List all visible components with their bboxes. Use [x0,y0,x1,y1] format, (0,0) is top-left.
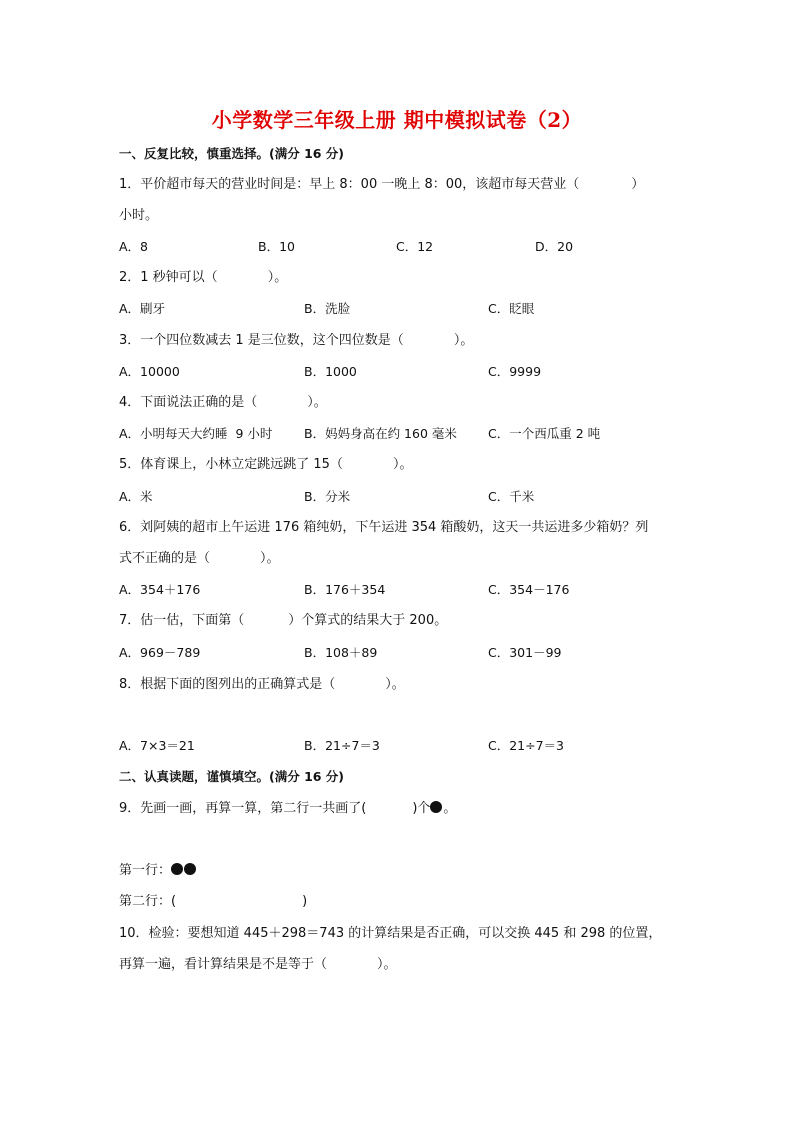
q1-option-c[interactable]: C．12 [396,238,433,256]
question-text: ）。 [385,677,405,692]
exam-page: 小学数学三年级上册 期中模拟试卷（2） 一、反复比较，慎重选择。(满分 16 分… [0,0,794,1123]
question-text: 5．体育课上，小林立定跳远跳了 15（ [119,457,343,472]
question-4: 4．下面说法正确的是（）。 [119,394,327,412]
question-text: 7．估一估，下面第（ [119,613,244,628]
q5-option-a[interactable]: A．米 [119,488,153,506]
row-label: 第一行： [119,863,171,878]
question-9: 9．先画一画，再算一算，第二行一共画了()个。 [119,800,456,818]
q6-option-b[interactable]: B．176＋354 [304,581,385,599]
question-6-cont: 式不正确的是（）。 [119,550,280,568]
q7-option-a[interactable]: A．969－789 [119,644,200,662]
q1-option-d[interactable]: D．20 [535,238,573,256]
q9-row-1: 第一行： [119,862,197,880]
question-5: 5．体育课上，小林立定跳远跳了 15（）。 [119,456,412,474]
question-text: 3．一个四位数减去 1 是三位数，这个四位数是（ [119,333,404,348]
question-text: ）。 [268,270,288,285]
q1-option-a[interactable]: A．8 [119,238,148,256]
question-7: 7．估一估，下面第（）个算式的结果大于 200。 [119,612,447,630]
q5-option-b[interactable]: B．分米 [304,488,350,506]
question-text: ）。 [307,395,327,410]
q8-option-c[interactable]: C．21÷7＝3 [488,737,564,755]
q1-option-b[interactable]: B．10 [258,238,295,256]
question-1: 1．平价超市每天的营业时间是：早上 8：00 一晚上 8：00，该超市每天营业（… [119,176,644,194]
question-text: 8．根据下面的图列出的正确算式是（ [119,677,335,692]
q8-option-b[interactable]: B．21÷7＝3 [304,737,380,755]
question-3: 3．一个四位数减去 1 是三位数，这个四位数是（）。 [119,332,473,350]
q2-option-a[interactable]: A．刷牙 [119,300,165,318]
question-text: ）。 [393,457,413,472]
question-text: 再算一遍，看计算结果是不是等于（ [119,957,327,972]
q5-option-c[interactable]: C．千米 [488,488,534,506]
row-label: 第二行：( [119,894,176,909]
question-text: 9．先画一画，再算一算，第二行一共画了( [119,801,366,816]
q4-option-a[interactable]: A．小明每天大约睡 9 小时 [119,425,272,443]
question-6: 6．刘阿姨的超市上午运进 176 箱纯奶，下午运进 354 箱酸奶，这天一共运进… [119,519,648,537]
question-text: 2．1 秒钟可以（ [119,270,218,285]
filled-circle-icon [184,863,196,875]
q3-option-a[interactable]: A．10000 [119,363,180,381]
q8-option-a[interactable]: A．7×3＝21 [119,737,195,755]
q2-option-b[interactable]: B．洗脸 [304,300,350,318]
question-text: ）。 [454,333,474,348]
filled-circle-icon [430,801,442,813]
question-2: 2．1 秒钟可以（）。 [119,269,287,287]
q3-option-c[interactable]: C．9999 [488,363,541,381]
section-heading-1: 一、反复比较，慎重选择。(满分 16 分) [119,145,344,163]
question-text: ）。 [260,551,280,566]
question-text: 4．下面说法正确的是（ [119,395,257,410]
question-text: 1．平价超市每天的营业时间是：早上 8：00 一晚上 8：00，该超市每天营业（ [119,177,579,192]
q6-option-a[interactable]: A．354＋176 [119,581,200,599]
question-text: 。 [443,801,456,816]
question-text: )个 [412,801,430,816]
q4-option-c[interactable]: C．一个西瓜重 2 吨 [488,425,600,443]
question-text: 式不正确的是（ [119,551,210,566]
question-10: 10．检验：要想知道 445＋298＝743 的计算结果是否正确，可以交换 44… [119,925,661,943]
question-text: ）。 [377,957,397,972]
question-1-cont: 小时。 [119,207,158,225]
filled-circle-icon [171,863,183,875]
page-title: 小学数学三年级上册 期中模拟试卷（2） [0,104,794,133]
question-8: 8．根据下面的图列出的正确算式是（）。 [119,676,405,694]
q9-row-2: 第二行：() [119,893,307,911]
q7-option-b[interactable]: B．108＋89 [304,644,377,662]
question-10-cont: 再算一遍，看计算结果是不是等于（）。 [119,956,397,974]
section-heading-2: 二、认真读题，谨慎填空。(满分 16 分) [119,768,344,786]
q6-option-c[interactable]: C．354－176 [488,581,569,599]
q3-option-b[interactable]: B．1000 [304,363,357,381]
question-text: ）个算式的结果大于 200。 [288,613,447,628]
question-text: ） [631,177,644,192]
row-label: ) [302,894,307,909]
q2-option-c[interactable]: C．眨眼 [488,300,534,318]
q7-option-c[interactable]: C．301－99 [488,644,562,662]
q4-option-b[interactable]: B．妈妈身高在约 160 毫米 [304,425,457,443]
